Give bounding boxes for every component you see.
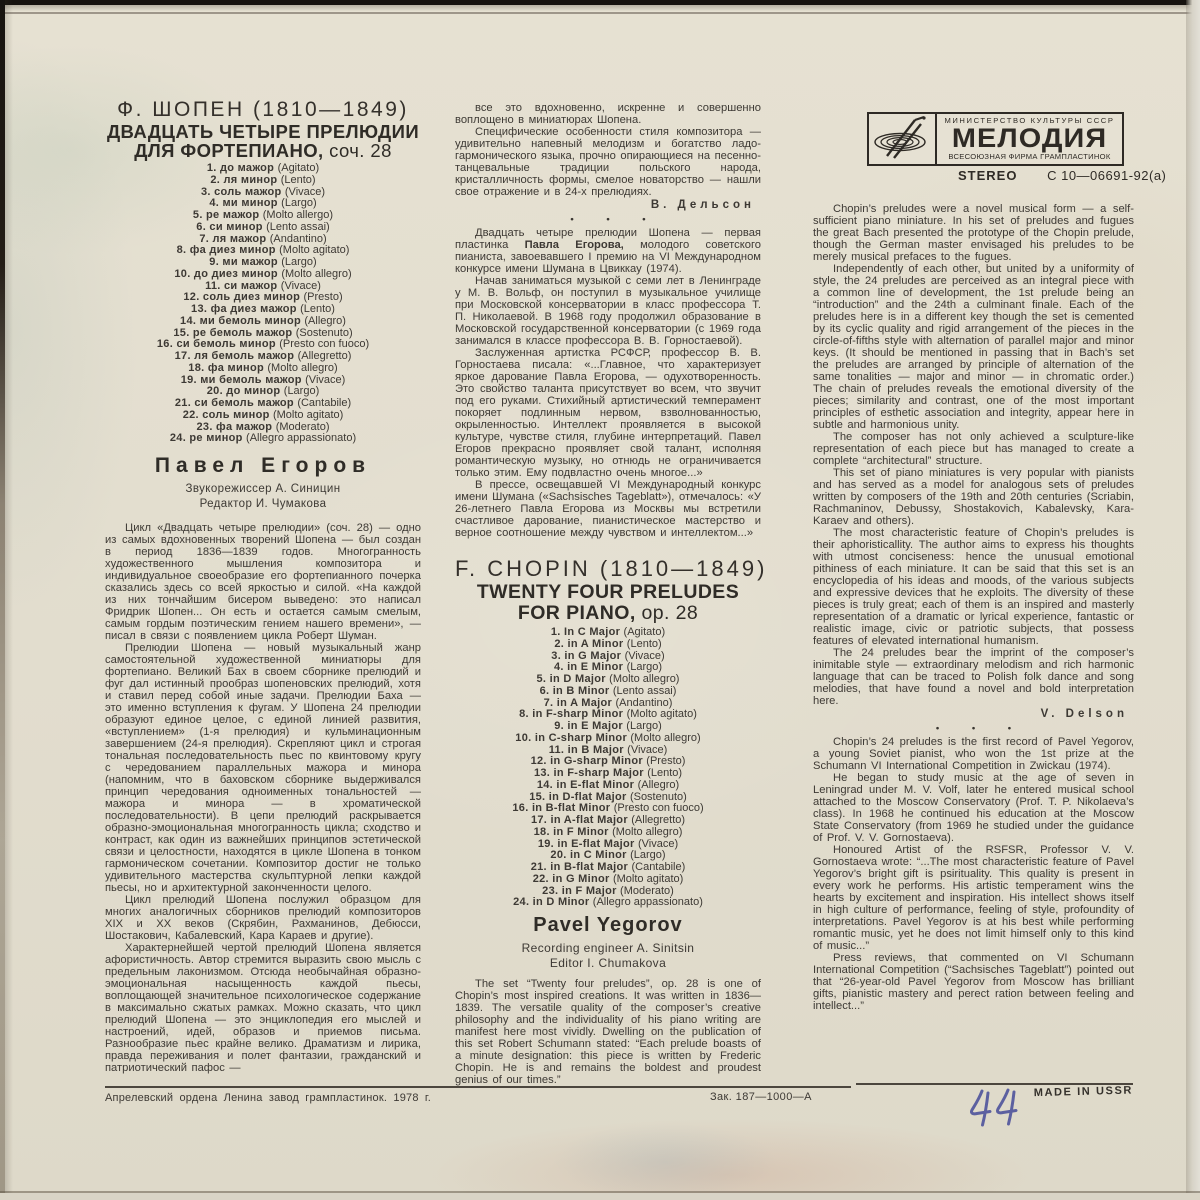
credits-en: Recording engineer A. Sinitsin Editor I.… <box>455 941 761 970</box>
record-sleeve-back: { "colors": { "paper": "#e2ddce", "ink":… <box>0 0 1200 1200</box>
track-item: 24. in D Minor (Allegro appassionato) <box>455 897 761 909</box>
credit-editor-ru: Редактор И. Чумакова <box>105 497 421 512</box>
made-in-ussr-label: MADE IN USSR <box>1020 1085 1133 1100</box>
sleeve-bottom-edge <box>0 1193 1200 1200</box>
opus-number-en: op. 28 <box>641 602 698 624</box>
paragraph: Press reviews, that commented on VI Schu… <box>813 952 1134 1012</box>
paragraph: все это вдохновенно, искренне и совершен… <box>455 102 761 126</box>
middle-column: все это вдохновенно, искренне и совершен… <box>455 102 761 1086</box>
paragraph: Цикл прелюдий Шопена послужил образцом д… <box>105 894 421 942</box>
catalog-number: С 10—06691-92(а) <box>1047 168 1166 183</box>
track-list-ru: 1. до мажор (Agitato)2. ля минор (Lento)… <box>105 163 421 445</box>
paragraph: Заслуженная артистка РСФСР, профессор В.… <box>455 347 761 479</box>
firm-line: ВСЕСОЮЗНАЯ ФИРМА ГРАМПЛАСТИНОК <box>948 152 1110 161</box>
album-title-ru-line2: ДЛЯ ФОРТЕПИАНО, соч. 28 <box>105 141 421 160</box>
paragraph: Начав заниматься музыкой с семи лет в Ле… <box>455 275 761 347</box>
paragraph: The 24 preludes bear the imprint of the … <box>813 647 1134 707</box>
section-separator-dots-en: • • • <box>813 723 1134 734</box>
credit-engineer-en: Recording engineer A. Sinitsin <box>455 941 761 956</box>
paragraph: Honoured Artist of the RSFSR, Professor … <box>813 844 1134 952</box>
paragraph: В прессе, освещавшей VI Международный ко… <box>455 479 761 539</box>
paragraph: Цикл «Двадцать четыре прелюдии» (соч. 28… <box>105 522 421 642</box>
melodiya-logo: МИНИСТЕРСТВО КУЛЬТУРЫ СССР МЕЛОДИЯ ВСЕСО… <box>867 112 1124 166</box>
paragraph: The composer has not only achieved a scu… <box>813 431 1134 467</box>
stereo-catalog-line: STEREO С 10—06691-92(а) <box>813 168 1134 183</box>
pianist-notes-en: Chopin’s 24 preludes is the first record… <box>813 736 1134 1012</box>
pianist-notes-ru: Двадцать четыре прелюдии Шопена — первая… <box>455 227 761 539</box>
opus-number-ru: соч. 28 <box>329 140 392 161</box>
paragraph: The most characteristic feature of Chopi… <box>813 527 1134 647</box>
melodiya-record-tuning-fork-icon <box>869 114 937 164</box>
track-item: 24. ре минор (Allegro appassionato) <box>105 433 421 445</box>
sleeve-top-edge-fade <box>0 5 1200 11</box>
stereo-label: STEREO <box>958 168 1017 183</box>
paragraph: Двадцать четыре прелюдии Шопена — первая… <box>455 227 761 275</box>
album-title-ru-line2-bold: ДЛЯ ФОРТЕПИАНО, <box>134 140 323 161</box>
paragraph: Прелюдии Шопена — новый музыкальный жанр… <box>105 642 421 894</box>
paragraph: The set “Twenty four preludes”, op. 28 i… <box>455 978 761 1086</box>
right-column: Chopin’s preludes were a novel musical f… <box>813 203 1134 1012</box>
print-order-number: Зак. 187—1000—А <box>710 1091 812 1103</box>
credit-engineer-ru: Звукорежиссер А. Синицин <box>105 482 421 497</box>
sleeve-top-seam <box>0 12 1200 14</box>
credits-ru: Звукорежиссер А. Синицин Редактор И. Чум… <box>105 482 421 511</box>
album-title-ru-line1: ДВАДЦАТЬ ЧЕТЫРЕ ПРЕЛЮДИИ <box>105 122 421 141</box>
sleeve-right-edge <box>1186 0 1200 1200</box>
handwritten-44-mark <box>968 1088 1030 1133</box>
paragraph: Характернейшей чертой прелюдий Шопена яв… <box>105 942 421 1074</box>
credit-editor-en: Editor I. Chumakova <box>455 956 761 971</box>
album-title-en-line2: FOR PIANO, op. 28 <box>455 603 761 624</box>
liner-notes-ru-continued: все это вдохновенно, искренне и совершен… <box>455 102 761 198</box>
paragraph: He began to study music at the age of se… <box>813 772 1134 844</box>
author-byline-en: V. Delson <box>813 708 1134 720</box>
sleeve-left-edge-shadow <box>5 0 13 1200</box>
artist-name-en: Pavel Yegorov <box>455 914 761 937</box>
footer-rule-left <box>105 1086 851 1088</box>
paragraph: Chopin’s preludes were a novel musical f… <box>813 203 1134 263</box>
paragraph: Chopin’s 24 preludes is the first record… <box>813 736 1134 772</box>
artist-name-ru: Павел Егоров <box>105 454 421 478</box>
composer-heading-en: F. CHOPIN (1810—1849) <box>455 556 761 582</box>
paragraph: Специфические особенности стиля композит… <box>455 126 761 198</box>
melodiya-brand: МЕЛОДИЯ <box>952 127 1107 150</box>
paragraph: Independently of each other, but united … <box>813 263 1134 431</box>
composer-heading-ru: Ф. ШОПЕН (1810—1849) <box>105 98 421 122</box>
pressing-plant-line: Апрелевский ордена Ленина завод грамплас… <box>105 1092 465 1104</box>
footer-rule-right <box>856 1083 1133 1085</box>
album-title-en-line2-bold: FOR PIANO, <box>518 602 636 624</box>
left-column: Ф. ШОПЕН (1810—1849) ДВАДЦАТЬ ЧЕТЫРЕ ПРЕ… <box>105 98 421 1074</box>
paragraph: This set of piano miniatures is very pop… <box>813 467 1134 527</box>
album-title-en-line1: TWENTY FOUR PRELUDES <box>455 582 761 603</box>
liner-notes-ru: Цикл «Двадцать четыре прелюдии» (соч. 28… <box>105 522 421 1074</box>
author-byline-ru: В. Дельсон <box>455 199 761 211</box>
section-separator-dots: • • • <box>455 214 761 225</box>
set-description-en: The set “Twenty four preludes”, op. 28 i… <box>455 978 761 1086</box>
track-list-en: 1. In C Major (Agitato)2. in A Minor (Le… <box>455 627 761 909</box>
liner-notes-en: Chopin’s preludes were a novel musical f… <box>813 203 1134 707</box>
melodiya-logo-text: МИНИСТЕРСТВО КУЛЬТУРЫ СССР МЕЛОДИЯ ВСЕСО… <box>937 114 1122 164</box>
